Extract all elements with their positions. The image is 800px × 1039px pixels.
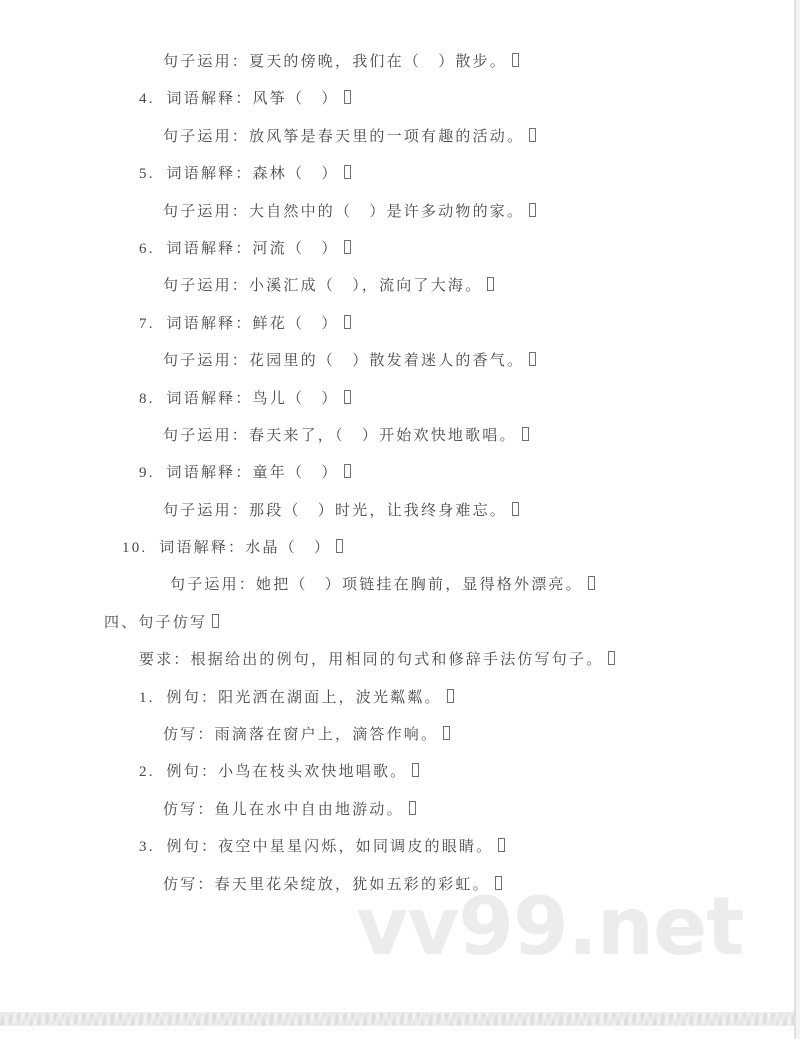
text-line-sentence-usage-3: 句子运用：夏天的傍晚，我们在（ ）散步。: [0, 44, 800, 81]
text-line-item-4: 4. 词语解释：风筝（ ）: [0, 81, 800, 118]
text-line-example-3: 3. 例句：夜空中星星闪烁，如同调皮的眼睛。: [0, 829, 800, 866]
text-line-example-2: 2. 例句：小鸟在枝头欢快地唱歌。: [0, 754, 800, 791]
paragraph-mark-icon: [498, 838, 505, 852]
text-line-sentence-usage-6: 句子运用：小溪汇成（ ），流向了大海。: [0, 268, 800, 305]
paragraph-mark-icon: [447, 689, 454, 703]
bottom-texture-strip: [0, 1012, 800, 1026]
line-text: 1. 例句：阳光洒在湖面上，波光粼粼。: [139, 690, 442, 706]
paragraph-mark-icon: [412, 763, 419, 777]
paragraph-mark-icon: [443, 726, 450, 740]
paragraph-mark-icon: [608, 651, 615, 665]
paragraph-mark-icon: [487, 277, 494, 291]
text-line-item-7: 7. 词语解释：鲜花（ ）: [0, 306, 800, 343]
paragraph-mark-icon: [529, 128, 536, 142]
line-text: 句子运用：夏天的傍晚，我们在（ ）散步。: [163, 54, 507, 70]
paragraph-mark-icon: [512, 53, 519, 67]
text-line-imitation-2: 仿写：鱼儿在水中自由地游动。: [0, 792, 800, 829]
line-text: 句子运用：大自然中的（ ）是许多动物的家。: [163, 204, 524, 220]
text-line-sentence-usage-9: 句子运用：那段（ ）时光，让我终身难忘。: [0, 493, 800, 530]
line-text: 句子运用：她把（ ）项链挂在胸前，显得格外漂亮。: [170, 577, 583, 593]
paragraph-mark-icon: [344, 165, 351, 179]
text-line-item-8: 8. 词语解释：鸟儿（ ）: [0, 381, 800, 418]
line-text: 5. 词语解释：森林（ ）: [139, 166, 339, 182]
text-line-item-10: 10. 词语解释：水晶（ ）: [0, 530, 800, 567]
line-text: 7. 词语解释：鲜花（ ）: [139, 316, 339, 332]
text-line-sentence-usage-4: 句子运用：放风筝是春天里的一项有趣的活动。: [0, 119, 800, 156]
line-text: 2. 例句：小鸟在枝头欢快地唱歌。: [139, 764, 407, 780]
line-text: 句子运用：小溪汇成（ ），流向了大海。: [163, 278, 482, 294]
text-line-requirement: 要求：根据给出的例句，用相同的句式和修辞手法仿写句子。: [0, 642, 800, 679]
watermark: vv99.net: [356, 872, 776, 982]
page-edge-line: [794, 0, 796, 1039]
page-right-margin: [796, 0, 800, 1039]
paragraph-mark-icon: [344, 464, 351, 478]
text-line-item-9: 9. 词语解释：童年（ ）: [0, 455, 800, 492]
line-text: 8. 词语解释：鸟儿（ ）: [139, 391, 339, 407]
line-text: 四、句子仿写: [104, 615, 207, 631]
paragraph-mark-icon: [529, 352, 536, 366]
paragraph-mark-icon: [409, 801, 416, 815]
paragraph-mark-icon: [522, 427, 529, 441]
section-heading-4: 四、句子仿写: [0, 605, 800, 642]
line-text: 仿写：鱼儿在水中自由地游动。: [163, 802, 404, 818]
line-text: 仿写：雨滴落在窗户上，滴答作响。: [163, 727, 438, 743]
line-text: 3. 例句：夜空中星星闪烁，如同调皮的眼睛。: [139, 839, 493, 855]
paragraph-mark-icon: [344, 90, 351, 104]
text-line-item-6: 6. 词语解释：河流（ ）: [0, 231, 800, 268]
line-text: 10. 词语解释：水晶（ ）: [122, 540, 331, 556]
line-text: 4. 词语解释：风筝（ ）: [139, 91, 339, 107]
paragraph-mark-icon: [344, 240, 351, 254]
paragraph-mark-icon: [588, 576, 595, 590]
document-content: 句子运用：夏天的傍晚，我们在（ ）散步。 4. 词语解释：风筝（ ） 句子运用：…: [0, 44, 800, 904]
line-text: 句子运用：放风筝是春天里的一项有趣的活动。: [163, 129, 524, 145]
paragraph-mark-icon: [336, 539, 343, 553]
document-page: 句子运用：夏天的傍晚，我们在（ ）散步。 4. 词语解释：风筝（ ） 句子运用：…: [0, 0, 800, 1039]
text-line-imitation-1: 仿写：雨滴落在窗户上，滴答作响。: [0, 717, 800, 754]
line-text: 句子运用：春天来了，（ ）开始欢快地歌唱。: [163, 428, 517, 444]
text-line-example-1: 1. 例句：阳光洒在湖面上，波光粼粼。: [0, 680, 800, 717]
line-text: 6. 词语解释：河流（ ）: [139, 241, 339, 257]
line-text: 句子运用：那段（ ）时光，让我终身难忘。: [163, 503, 507, 519]
paragraph-mark-icon: [344, 390, 351, 404]
paragraph-mark-icon: [529, 203, 536, 217]
text-line-sentence-usage-7: 句子运用：花园里的（ ）散发着迷人的香气。: [0, 343, 800, 380]
paragraph-mark-icon: [344, 315, 351, 329]
text-line-sentence-usage-5: 句子运用：大自然中的（ ）是许多动物的家。: [0, 194, 800, 231]
paragraph-mark-icon: [212, 614, 219, 628]
text-line-sentence-usage-10: 句子运用：她把（ ）项链挂在胸前，显得格外漂亮。: [0, 567, 800, 604]
text-line-item-5: 5. 词语解释：森林（ ）: [0, 156, 800, 193]
line-text: 9. 词语解释：童年（ ）: [139, 465, 339, 481]
paragraph-mark-icon: [512, 502, 519, 516]
text-line-sentence-usage-8: 句子运用：春天来了，（ ）开始欢快地歌唱。: [0, 418, 800, 455]
line-text: 句子运用：花园里的（ ）散发着迷人的香气。: [163, 353, 524, 369]
line-text: 要求：根据给出的例句，用相同的句式和修辞手法仿写句子。: [139, 652, 603, 668]
